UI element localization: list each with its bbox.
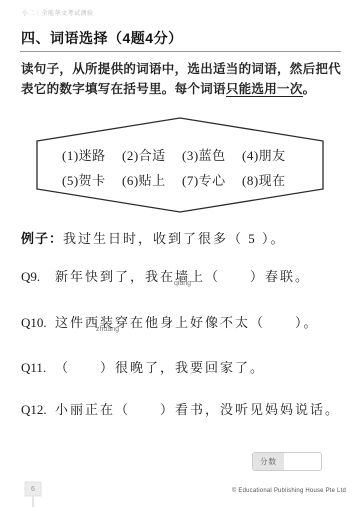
worksheet-page: 小二｜全能华文考试测验 四、词语选择（4题4分） 读句子，从所提供的词语中，选出… (0, 0, 360, 511)
question-number: Q9. (21, 269, 55, 285)
question-text-pre: （ ）很晚了，我要回家了。 (55, 360, 265, 375)
series-header-label: 小二｜全能华文考试测验 (22, 8, 94, 17)
score-label: 分数 (253, 453, 284, 470)
word-bank-item: (1)迷路 (62, 144, 122, 167)
example-label: 例子： (21, 228, 63, 247)
word-bank-item: (7)专心 (182, 169, 242, 192)
word-bank-words: (1)迷路 (2)合适 (3)蓝色 (4)朋友 (5)贺卡 (6)贴上 (7)专… (62, 144, 302, 192)
word-bank-row: (1)迷路 (2)合适 (3)蓝色 (4)朋友 (62, 144, 302, 167)
question-text: （ ）很晚了，我要回家了。 (55, 357, 265, 376)
question-text-pre: 新年快到了，我在 (55, 269, 175, 284)
instructions-text: 读句子，从所提供的词语中，选出适当的词语，然后把代表它的数字填写在括号里。每个词… (21, 60, 344, 99)
question-text-post: 穿在他身上好像不太（ ）。 (115, 315, 319, 330)
word-bank-item: (5)贺卡 (62, 169, 122, 192)
question-text: 这件西装zhuāng穿在他身上好像不太（ ）。 (55, 312, 319, 331)
section-title: 四、词语选择（4题4分） (21, 28, 183, 48)
pinyin-annotation: qiáng (174, 280, 191, 287)
title-divider (20, 51, 341, 52)
ruby-character: 墙qiáng (175, 266, 190, 285)
pinyin-annotation: zhuāng (96, 326, 119, 333)
word-bank-item: (2)合适 (122, 144, 182, 167)
score-value-cell (284, 453, 321, 470)
score-box: 分数 (252, 452, 322, 471)
question-row-q10: Q10. 这件西装zhuāng穿在他身上好像不太（ ）。 (21, 312, 356, 331)
question-text-pre: 这件西 (55, 315, 100, 330)
word-bank-item: (3)蓝色 (182, 144, 242, 167)
instructions-underlined-phrase: 只能选用一次 (226, 82, 303, 97)
copyright-text: © Educational Publishing House Pte Ltd (232, 488, 346, 494)
question-text-post: 上（ ）春联。 (190, 269, 310, 284)
question-row-q11: Q11. （ ）很晚了，我要回家了。 (21, 357, 356, 376)
word-bank-item: (6)贴上 (122, 169, 182, 192)
question-number: Q11. (21, 360, 55, 376)
ruby-character: 装zhuāng (100, 312, 115, 331)
instructions-period: 。 (303, 82, 316, 96)
page-number-flag-icon: 6 (22, 479, 46, 511)
question-row-q9: Q9. 新年快到了，我在墙qiáng上（ ）春联。 (21, 266, 356, 285)
page-number: 6 (26, 483, 40, 495)
word-bank-item: (8)现在 (242, 169, 302, 192)
word-bank-row: (5)贺卡 (6)贴上 (7)专心 (8)现在 (62, 169, 302, 192)
word-bank-box: (1)迷路 (2)合适 (3)蓝色 (4)朋友 (5)贺卡 (6)贴上 (7)专… (36, 117, 324, 213)
question-number: Q12. (21, 402, 55, 418)
word-bank-item: (4)朋友 (242, 144, 302, 167)
question-text: 小丽正在（ ）看书，没听见妈妈说话。 (55, 399, 340, 418)
question-text-pre: 小丽正在（ ）看书，没听见妈妈说话。 (55, 402, 340, 417)
example-row: 例子： 我过生日时，收到了很多（ 5 ）。 (21, 228, 351, 247)
question-row-q12: Q12. 小丽正在（ ）看书，没听见妈妈说话。 (21, 399, 356, 418)
example-text: 我过生日时，收到了很多（ 5 ）。 (63, 228, 286, 247)
question-number: Q10. (21, 315, 55, 331)
question-text: 新年快到了，我在墙qiáng上（ ）春联。 (55, 266, 310, 285)
